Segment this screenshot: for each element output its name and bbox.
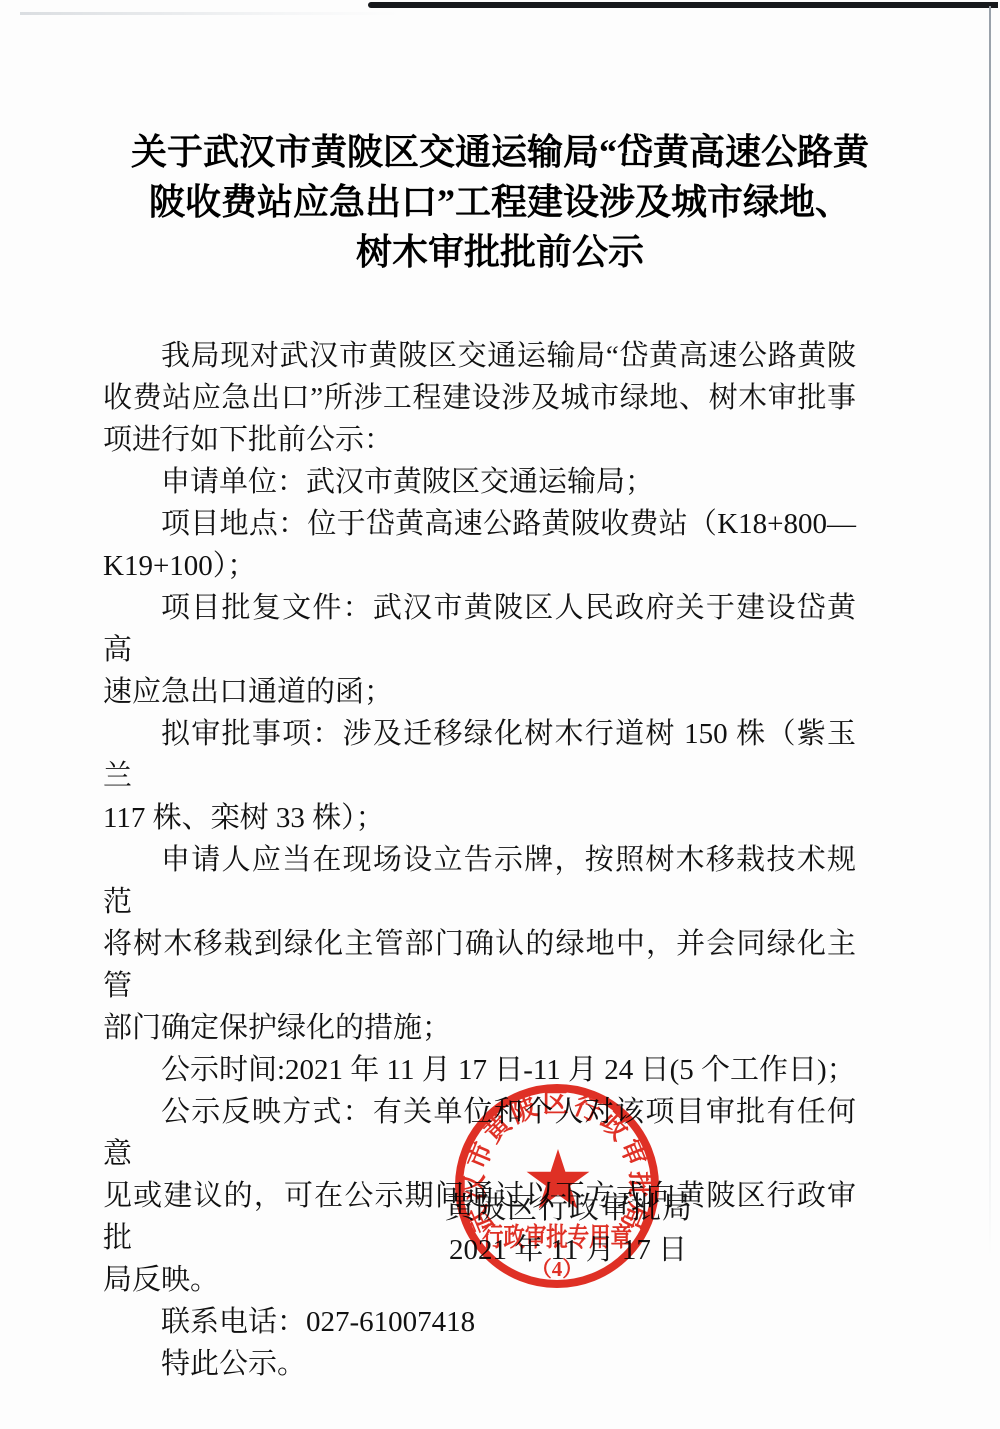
- official-seal: 武汉市黄陂区行政审批局 行政审批专用章 （4）: [447, 1076, 667, 1296]
- notice-title-line-2: 陂收费站应急出口”工程建设涉及城市绿地、: [60, 177, 940, 227]
- body-line-12: 将树木移栽到绿化主管部门确认的绿地中，并会同绿化主管: [103, 923, 856, 1007]
- body-line-7: 项目批复文件：武汉市黄陂区人民政府关于建设岱黄高: [103, 587, 856, 671]
- scan-artifact-top-bar: [368, 2, 998, 8]
- body-line-1: 我局现对武汉市黄陂区交通运输局“岱黄高速公路黄陂: [103, 335, 856, 377]
- body-line-18: 联系电话：027-61007418: [103, 1301, 856, 1343]
- body-line-19: 特此公示。: [103, 1343, 856, 1385]
- seal-band-text: 行政审批专用章: [482, 1222, 632, 1252]
- seal-star-icon: [527, 1149, 590, 1209]
- body-line-6: K19+100）；: [103, 545, 856, 587]
- body-line-8: 速应急出口通道的函；: [103, 671, 856, 713]
- body-line-4: 申请单位：武汉市黄陂区交通运输局；: [103, 461, 856, 503]
- body-line-2: 收费站应急出口”所涉工程建设涉及城市绿地、树木审批事: [103, 377, 856, 419]
- body-line-5: 项目地点：位于岱黄高速公路黄陂收费站（K18+800—: [103, 503, 856, 545]
- body-line-3: 项进行如下批前公示：: [103, 419, 856, 461]
- notice-title-line-3: 树木审批批前公示: [60, 227, 940, 277]
- body-line-9: 拟审批事项：涉及迁移绿化树木行道树 150 株（紫玉兰: [103, 713, 856, 797]
- notice-title-line-1: 关于武汉市黄陂区交通运输局“岱黄高速公路黄: [60, 127, 940, 177]
- body-line-13: 部门确定保护绿化的措施；: [103, 1007, 856, 1049]
- scanned-notice-page: 关于武汉市黄陂区交通运输局“岱黄高速公路黄 陂收费站应急出口”工程建设涉及城市绿…: [0, 0, 1000, 1429]
- seal-number: （4）: [531, 1257, 584, 1281]
- scan-artifact-right-edge-line: [989, 6, 991, 1256]
- scan-artifact-smudge: [20, 12, 400, 15]
- notice-title: 关于武汉市黄陂区交通运输局“岱黄高速公路黄 陂收费站应急出口”工程建设涉及城市绿…: [60, 127, 940, 277]
- body-line-10: 117 株、栾树 33 株）；: [103, 797, 856, 839]
- body-line-11: 申请人应当在现场设立告示牌，按照树木移栽技术规范: [103, 839, 856, 923]
